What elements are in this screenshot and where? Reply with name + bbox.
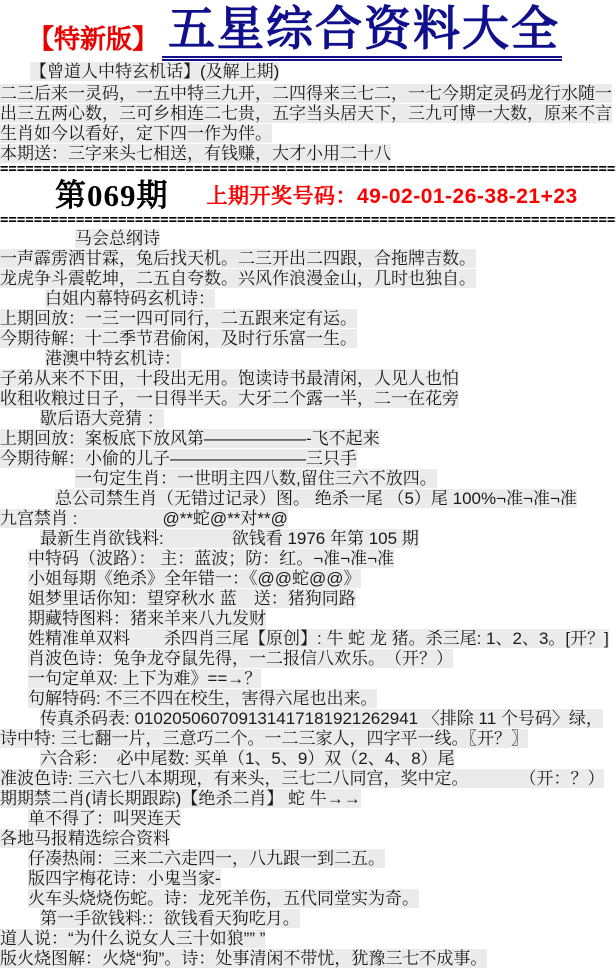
content-line-text: 歇后语大竞猜 ： (40, 409, 164, 428)
content-line: 龙虎争斗震乾坤，二五自夸数。兴风作浪漫金山，几时也独自。 (0, 269, 616, 289)
content-line-text: 总公司禁生肖（无错过记录）图。 绝杀一尾 （5）尾 100%¬准¬准¬准 (55, 489, 577, 508)
content-line-text: 期藏特图料：猪来羊来八九发财 (28, 609, 266, 628)
intro-line-text: 出三五两心数，三可乡相连二七贵，五字当头居天下，三九可博一大数，原来不言为着它， (0, 104, 612, 124)
content-line: 准波色诗: 三六七八本期现，有来头，三七二八同宫，奖中定。 （开：？） (0, 769, 616, 789)
content-line-text: 仔凑热闹：三来二六走四一，八九跟一到二五。 (28, 849, 385, 868)
content-line-text: 各地马报精选综合资料 (0, 829, 170, 848)
issue-number: 第069期 (55, 180, 169, 211)
content-line: 版火烧图解：火烧“狗”。诗：处事清闲不带忧，犹豫三七不成事。 (0, 949, 616, 969)
content-line-text: 最新生肖欲钱料: 欲钱看 1976 年第 105 期 (40, 529, 419, 548)
content-line-text: 白姐内幕特码玄机诗： (45, 289, 215, 308)
content-line-text: 上期回放：案板底下放风第——————-飞不起来 (0, 429, 380, 448)
content-line: 句解特码: 不三不四在校生，害得六尾也出来。 (0, 689, 616, 709)
content-line-text: 准波色诗: 三六七八本期现，有来头，三七二八同宫，奖中定。 （开：？） (0, 769, 604, 788)
content-line-text: 收租收粮过日子，一日得半天。大牙二个露一半，二一在花旁 (0, 389, 459, 408)
content-line: 传真杀码表: 010205060709131417181921262941 〈排… (0, 709, 616, 729)
content-line: 歇后语大竞猜 ： (0, 409, 616, 429)
content-line-text: 肖波色诗：兔争龙夺鼠先得，一二报信八欢乐。 （开？） (28, 649, 453, 668)
content-line: 仔凑热闹：三来二六走四一，八九跟一到二五。 (0, 849, 616, 869)
content-line-text: 诗中特: 三七翻一片，三意巧二个。一二三家人，四字平一线。〖开？〗 (0, 729, 528, 748)
content-line-text: 版火烧图解：火烧“狗”。诗：处事清闲不带忧，犹豫三七不成事。 (0, 949, 487, 968)
issue-bar: 第069期 上期开奖号码：49-02-01-26-38-21+23 (0, 175, 616, 215)
content-line: 小姐每期《绝杀》全年错一：《@@蛇@@》 (0, 569, 616, 589)
content-line-text: 期期禁二肖(请长期跟踪)【绝杀二肖】 蛇 牛→→ (0, 789, 361, 808)
content-line-text: 一声霹雳洒甘霖，兔后找天机。二三开出二四跟，合拖牌吉数。 (0, 249, 476, 268)
content-line-text: 九宫禁肖 : @**蛇@**对**@ (0, 509, 288, 528)
intro-line: 生肖如今以看好，定下四一作为伴。 (0, 124, 616, 144)
intro-line-text: 本期送：三字来头七相送，有钱赚，大才小用二十八 (0, 144, 391, 163)
content-line: 六合彩： 必中尾数: 买单（1、5、9）双（2、4、8）尾 (0, 749, 616, 769)
content-line: 肖波色诗：兔争龙夺鼠先得，一二报信八欢乐。 （开？） (0, 649, 616, 669)
content-line-text: 港澳中特玄机诗： (45, 349, 181, 368)
content-line: 姓精准单双料 杀四肖三尾【原创】: 牛 蛇 龙 猪。杀三尾: 1、2、3。[开？… (0, 629, 616, 649)
intro-line: 出三五两心数，三可乡相连二七贵，五字当头居天下，三九可博一大数，原来不言为着它， (0, 104, 616, 124)
content-line: 一声霹雳洒甘霖，兔后找天机。二三开出二四跟，合拖牌吉数。 (0, 249, 616, 269)
content-line-text: 今期待解：十二季节君偷闲，及时行乐富一生。 (0, 329, 357, 348)
content-line-text: 今期待解：小偷的儿子————————三只手 (0, 449, 357, 468)
content-line: 收租收粮过日子，一日得半天。大牙二个露一半，二一在花旁 (0, 389, 616, 409)
content-line-text: 马会总纲诗 (75, 229, 160, 248)
intro-line-text: 二三后来一灵码，一五中特三九开，二四得来三七二，一七今期定灵码龙行水随一一和，开 (0, 84, 612, 104)
content-line: 火车头烧烧伤蛇。诗：龙死羊伤，五代同堂实为奇。 (0, 889, 616, 909)
content-line-text: 姐梦里话你知：望穿秋水 蓝 送：猪狗同路 (28, 589, 356, 608)
content-line: 九宫禁肖 : @**蛇@**对**@ (0, 509, 616, 529)
content-line: 诗中特: 三七翻一片，三意巧二个。一二三家人，四字平一线。〖开？〗 (0, 729, 616, 749)
intro-line: 二三后来一灵码，一五中特三九开，二四得来三七二，一七今期定灵码龙行水随一一和，开 (0, 84, 616, 104)
content-line: 总公司禁生肖（无错过记录）图。 绝杀一尾 （5）尾 100%¬准¬准¬准 (0, 489, 616, 509)
content-line-text: 道人说：“为什么说女人三十如狼”” ” (0, 929, 265, 948)
intro-line-text: 生肖如今以看好，定下四一作为伴。 (0, 124, 272, 143)
content-line-text: 小姐每期《绝杀》全年错一：《@@蛇@@》 (28, 569, 361, 588)
content-line: 港澳中特玄机诗： (0, 349, 616, 369)
content-line: 上期回放：案板底下放风第——————-飞不起来 (0, 429, 616, 449)
content-line: 马会总纲诗 (0, 229, 616, 249)
divider-top: ========================================… (0, 164, 616, 175)
page-header: 【特新版】 五星综合资料大全 (0, 0, 616, 62)
content-line-text: 六合彩： 必中尾数: 买单（1、5、9）双（2、4、8）尾 (40, 749, 455, 768)
last-draw-numbers: 上期开奖号码：49-02-01-26-38-21+23 (207, 180, 578, 210)
intro-section: 二三后来一灵码，一五中特三九开，二四得来三七二，一七今期定灵码龙行水随一一和，开… (0, 84, 616, 164)
content-line: 一句定单双: 上下为难》==→？ (0, 669, 616, 689)
content-line: 第一手欲钱料:：欲钱看天狗吃月。 (0, 909, 616, 929)
content-line-text: 中特码（波路）： 主：蓝波；防：红。¬准¬准¬准 (28, 549, 394, 568)
content-line: 最新生肖欲钱料: 欲钱看 1976 年第 105 期 (0, 529, 616, 549)
content-line: 今期待解：十二季节君偷闲，及时行乐富一生。 (0, 329, 616, 349)
content-line-text: 句解特码: 不三不四在校生，害得六尾也出来。 (28, 689, 377, 708)
content-line: 子弟从来不下田，十段出无用。饱读诗书最清闲，人见人也怕 (0, 369, 616, 389)
content-line: 中特码（波路）： 主：蓝波；防：红。¬准¬准¬准 (0, 549, 616, 569)
content-line-text: 姓精准单双料 杀四肖三尾【原创】: 牛 蛇 龙 猪。杀三尾: 1、2、3。[开？… (28, 629, 609, 648)
content-line-text: 第一手欲钱料:：欲钱看天狗吃月。 (40, 909, 300, 928)
content-line: 今期待解：小偷的儿子————————三只手 (0, 449, 616, 469)
content-line: 期期禁二肖(请长期跟踪)【绝杀二肖】 蛇 牛→→ (0, 789, 616, 809)
content-line-text: 传真杀码表: 010205060709131417181921262941 〈排… (40, 709, 603, 729)
content-line-text: 版四字梅花诗：小鬼当家- (28, 869, 221, 888)
page-title: 五星综合资料大全 (162, 7, 562, 61)
content-line-text: 上期回放：一三一四可同行，二五跟来定有运。 (0, 309, 357, 328)
edition-tag: 【特新版】 (28, 26, 158, 52)
content-line: 白姐内幕特码玄机诗： (0, 289, 616, 309)
content-line: 上期回放：一三一四可同行，二五跟来定有运。 (0, 309, 616, 329)
content-line: 各地马报精选综合资料 (0, 829, 616, 849)
content-line: 道人说：“为什么说女人三十如狼”” ” (0, 929, 616, 949)
content-line: 一句定生肖：一世明主四八数,留住三六不放四。 (0, 469, 616, 489)
content-lines: 马会总纲诗一声霹雳洒甘霖，兔后找天机。二三开出二四跟，合拖牌吉数。龙虎争斗震乾坤… (0, 229, 616, 969)
content-line-text: 子弟从来不下田，十段出无用。饱读诗书最清闲，人见人也怕 (0, 369, 459, 388)
subtitle-line: 【曾道人中特玄机话】(及解上期) (0, 62, 616, 82)
content-line-text: 一句定单双: 上下为难》==→？ (28, 669, 261, 688)
content-line-text: 一句定生肖：一世明主四八数,留住三六不放四。 (75, 469, 437, 488)
content-line: 单不得了：叫哭连天 (0, 809, 616, 829)
content-line-text: 火车头烧烧伤蛇。诗：龙死羊伤，五代同堂实为奇。 (28, 889, 419, 908)
content-line-text: 龙虎争斗震乾坤，二五自夸数。兴风作浪漫金山，几时也独自。 (0, 269, 476, 288)
content-line: 姐梦里话你知：望穿秋水 蓝 送：猪狗同路 (0, 589, 616, 609)
subtitle-text: 【曾道人中特玄机话】(及解上期) (30, 62, 279, 81)
intro-line: 本期送：三字来头七相送，有钱赚，大才小用二十八 (0, 144, 616, 164)
content-line-text: 单不得了：叫哭连天 (28, 809, 181, 828)
content-line: 期藏特图料：猪来羊来八九发财 (0, 609, 616, 629)
page: 【特新版】 五星综合资料大全 【曾道人中特玄机话】(及解上期) 二三后来一灵码，… (0, 0, 616, 975)
divider-bottom: ========================================… (0, 215, 616, 226)
content-line: 版四字梅花诗：小鬼当家- (0, 869, 616, 889)
